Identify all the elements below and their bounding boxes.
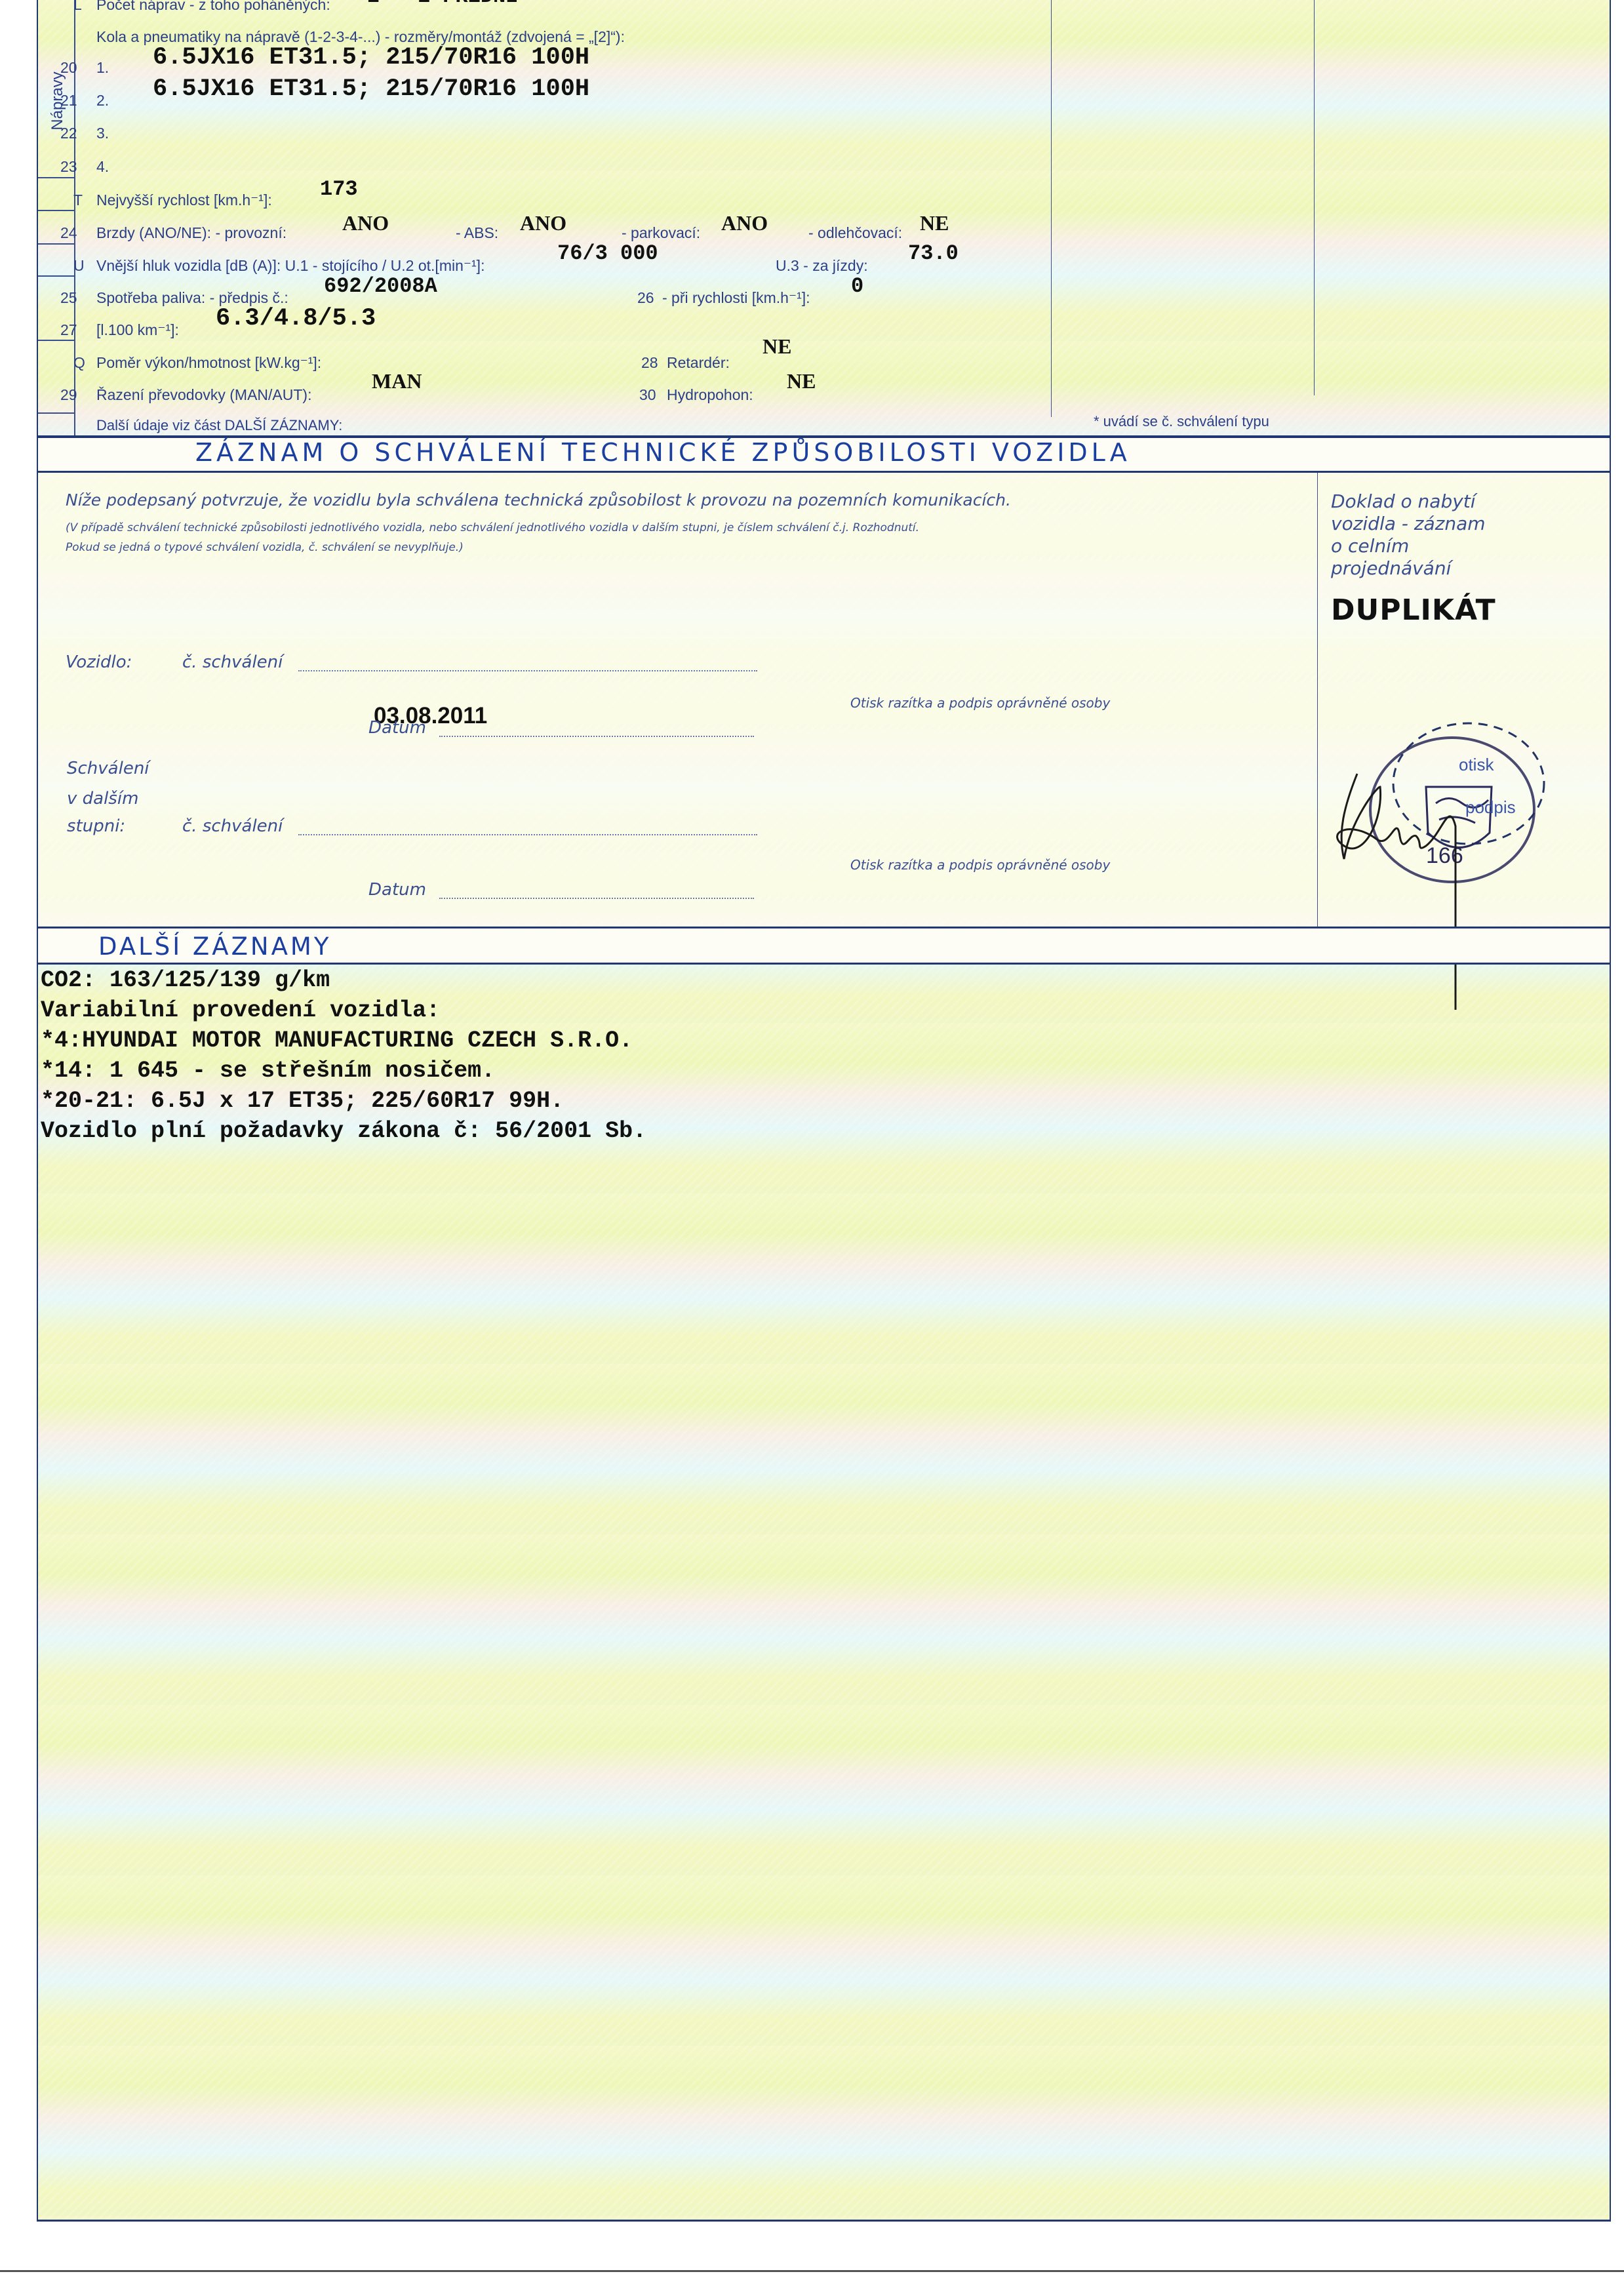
section-divider xyxy=(37,963,1611,965)
approval-note-line-2: Pokud se jedná o typové schválení vozidl… xyxy=(66,541,464,554)
row-code: 29 xyxy=(60,386,77,404)
row-code: 30 xyxy=(639,386,656,404)
row-code: L xyxy=(73,0,82,14)
more-info-label: Další údaje viz část DALŠÍ ZÁZNAMY: xyxy=(96,417,342,434)
abs-label: - ABS: xyxy=(456,224,498,242)
stamp-signature-label: Otisk razítka a podpis oprávněné osoby xyxy=(850,695,1110,711)
axle-index: 4. xyxy=(96,158,109,176)
brakes-label: Brzdy (ANO/NE): - provozní: xyxy=(96,224,287,242)
row-code: 24 xyxy=(60,224,77,242)
next-stage-label-2: v dalším xyxy=(67,789,138,808)
hydro-drive-value: NE xyxy=(787,369,816,393)
row-code: 26 xyxy=(637,289,654,307)
record-line: *4:HYUNDAI MOTOR MANUFACTURING CZECH S.R… xyxy=(41,1028,633,1054)
customs-label-line-4: projednávání xyxy=(1331,557,1451,579)
fuel-regulation-value: 692/2008A xyxy=(324,274,437,298)
parking-brake-value: ANO xyxy=(721,211,768,235)
row-code: Q xyxy=(73,354,85,372)
next-stage-approval-number-label: č. schválení xyxy=(182,816,283,836)
row-code: U xyxy=(73,257,85,275)
page-edge-line xyxy=(0,2270,1624,2272)
next-stage-date-field[interactable] xyxy=(439,890,754,899)
parking-brake-label: - parkovací: xyxy=(622,224,700,242)
official-stamp: 166 otisk podpis xyxy=(1318,721,1554,1010)
power-weight-label: Poměr výkon/hmotnost [kW.kg⁻¹]: xyxy=(96,354,321,372)
customs-label-line-2: vozidla - záznam xyxy=(1331,513,1486,534)
relief-brake-label: - odlehčovací: xyxy=(808,224,902,242)
retarder-value: NE xyxy=(762,334,791,359)
max-speed-label: Nejvyšší rychlost [km.h⁻¹]: xyxy=(96,191,272,209)
transmission-value: MAN xyxy=(372,369,422,393)
next-stage-label-3: stupni: xyxy=(67,816,125,836)
approval-title: ZÁZNAM O SCHVÁLENÍ TECHNICKÉ ZPŮSOBILOST… xyxy=(195,438,1131,467)
fuel-consumption-value: 6.3/4.8/5.3 xyxy=(216,305,376,332)
row-tick xyxy=(38,177,75,178)
vehicle-label: Vozidlo: xyxy=(66,652,132,672)
type-approval-footnote: * uvádí se č. schválení typu xyxy=(1094,413,1269,430)
column-divider-1 xyxy=(1051,0,1052,417)
left-border xyxy=(37,0,38,2222)
row-code: 23 xyxy=(60,158,77,176)
row-tick xyxy=(38,210,75,211)
bottom-border xyxy=(37,2220,1611,2222)
row-code: 28 xyxy=(641,354,658,372)
date-label: Datum xyxy=(368,718,426,738)
record-line: Variabilní provedení vozidla: xyxy=(41,997,440,1024)
noise-standing-value: 76/3 000 xyxy=(557,241,658,266)
row-code: 25 xyxy=(60,289,77,307)
hydro-drive-label: Hydropohon: xyxy=(667,386,753,404)
column-divider-2 xyxy=(1314,0,1315,395)
axle-index: 2. xyxy=(96,92,109,110)
approval-date-field[interactable] xyxy=(439,728,754,737)
row-code: 22 xyxy=(60,125,77,142)
next-stage-label-1: Schválení xyxy=(67,759,149,778)
fuel-regulation-label: Spotřeba paliva: - předpis č.: xyxy=(96,289,288,307)
svg-text:166: 166 xyxy=(1426,843,1463,868)
records-title: DALŠÍ ZÁZNAMY xyxy=(98,932,331,961)
noise-drive-value: 73.0 xyxy=(908,241,959,266)
fuel-speed-value: 0 xyxy=(851,274,863,298)
axle-1-wheels-value: 6.5JX16 ET31.5; 215/70R16 100H xyxy=(153,44,589,71)
next-stage-approval-number-field[interactable] xyxy=(298,826,757,835)
axle-2-wheels-value: 6.5JX16 ET31.5; 215/70R16 100H xyxy=(153,75,589,103)
axle-index: 3. xyxy=(96,125,109,142)
row-tick xyxy=(38,340,75,341)
stamp-seal-icon: 166 otisk podpis xyxy=(1318,721,1554,1010)
transmission-label: Řazení převodovky (MAN/AUT): xyxy=(96,386,311,404)
relief-brake-value: NE xyxy=(920,211,949,235)
vehicle-approval-number-label: č. schválení xyxy=(182,652,283,672)
svg-text:podpis: podpis xyxy=(1465,797,1516,817)
row-code: T xyxy=(73,191,83,209)
row-code: 20 xyxy=(60,59,77,77)
noise-label: Vnější hluk vozidla [dB (A)]: U.1 - stoj… xyxy=(96,257,485,275)
abs-value: ANO xyxy=(520,211,566,235)
record-line: CO2: 163/125/139 g/km xyxy=(41,967,330,993)
row-tick xyxy=(38,275,75,277)
next-stage-stamp-signature-label: Otisk razítka a podpis oprávněné osoby xyxy=(850,857,1110,873)
axle-index: 1. xyxy=(96,59,109,77)
record-line: *20-21: 6.5J x 17 ET35; 225/60R17 99H. xyxy=(41,1088,564,1114)
axle-count-label: Počet náprav - z toho poháněných: xyxy=(96,0,330,14)
row-code: 21 xyxy=(60,92,77,110)
noise-drive-label: U.3 - za jízdy: xyxy=(776,257,868,275)
customs-label-line-1: Doklad o nabytí xyxy=(1331,490,1476,512)
row-code: 27 xyxy=(60,321,77,339)
right-border xyxy=(1610,0,1611,2222)
duplicate-stamp: DUPLIKÁT xyxy=(1331,593,1496,627)
retarder-label: Retardér: xyxy=(667,354,730,372)
wheels-header: Kola a pneumatiky na nápravě (1-2-3-4-..… xyxy=(96,28,625,46)
row-tick xyxy=(38,243,75,245)
fuel-speed-label: - při rychlosti [km.h⁻¹]: xyxy=(662,289,810,307)
axle-count-value: 2 - 1 PŘEDNÍ xyxy=(367,0,518,9)
approval-note-line-1: (V případě schválení technické způsobilo… xyxy=(66,521,919,534)
customs-label-line-3: o celním xyxy=(1331,535,1409,557)
record-line: Vozidlo plní požadavky zákona č: 56/2001… xyxy=(41,1118,646,1144)
service-brake-value: ANO xyxy=(342,211,389,235)
next-stage-date-label: Datum xyxy=(368,880,426,900)
approval-statement: Níže podepsaný potvrzuje, že vozidlu byl… xyxy=(66,490,1011,509)
svg-text:otisk: otisk xyxy=(1459,755,1494,774)
max-speed-value: 173 xyxy=(320,177,358,201)
row-tick xyxy=(38,412,75,414)
record-line: *14: 1 645 - se střešním nosičem. xyxy=(41,1058,495,1084)
fuel-unit-label: [l.100 km⁻¹]: xyxy=(96,321,179,339)
vehicle-approval-number-field[interactable] xyxy=(298,662,757,671)
